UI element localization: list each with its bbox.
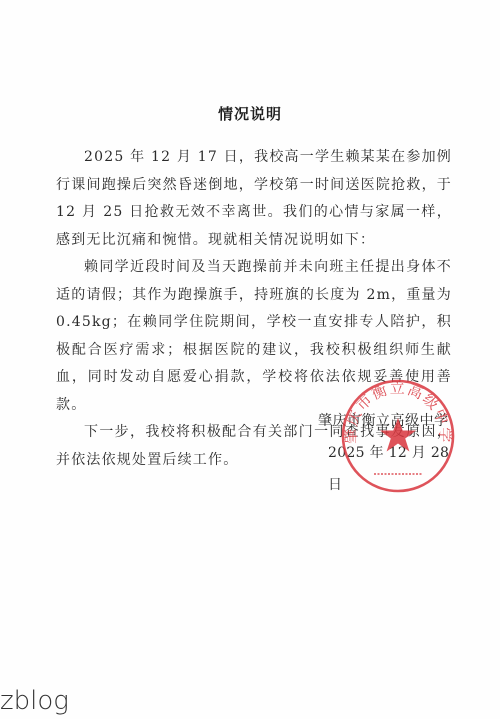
signature-organization: 肇庆市衡立高级中学 [318, 405, 468, 437]
paragraph-details: 赖同学近段时间及当天跑操前并未向班主任提出身体不适的请假；其作为跑操旗手，持班旗… [56, 254, 452, 419]
signature-date: 2025 年 12 月 28 日 [318, 437, 468, 501]
signature-block: 肇庆市衡立高级中学 2025 年 12 月 28 日 [318, 405, 468, 501]
document-title: 情况说明 [0, 103, 500, 124]
paragraph-incident: 2025 年 12 月 17 日，我校高一学生赖某某在参加例行课间跑操后突然昏迷… [56, 144, 452, 254]
watermark-text: zblog [0, 686, 69, 716]
document-page: 情况说明 2025 年 12 月 17 日，我校高一学生赖某某在参加例行课间跑操… [0, 0, 500, 719]
